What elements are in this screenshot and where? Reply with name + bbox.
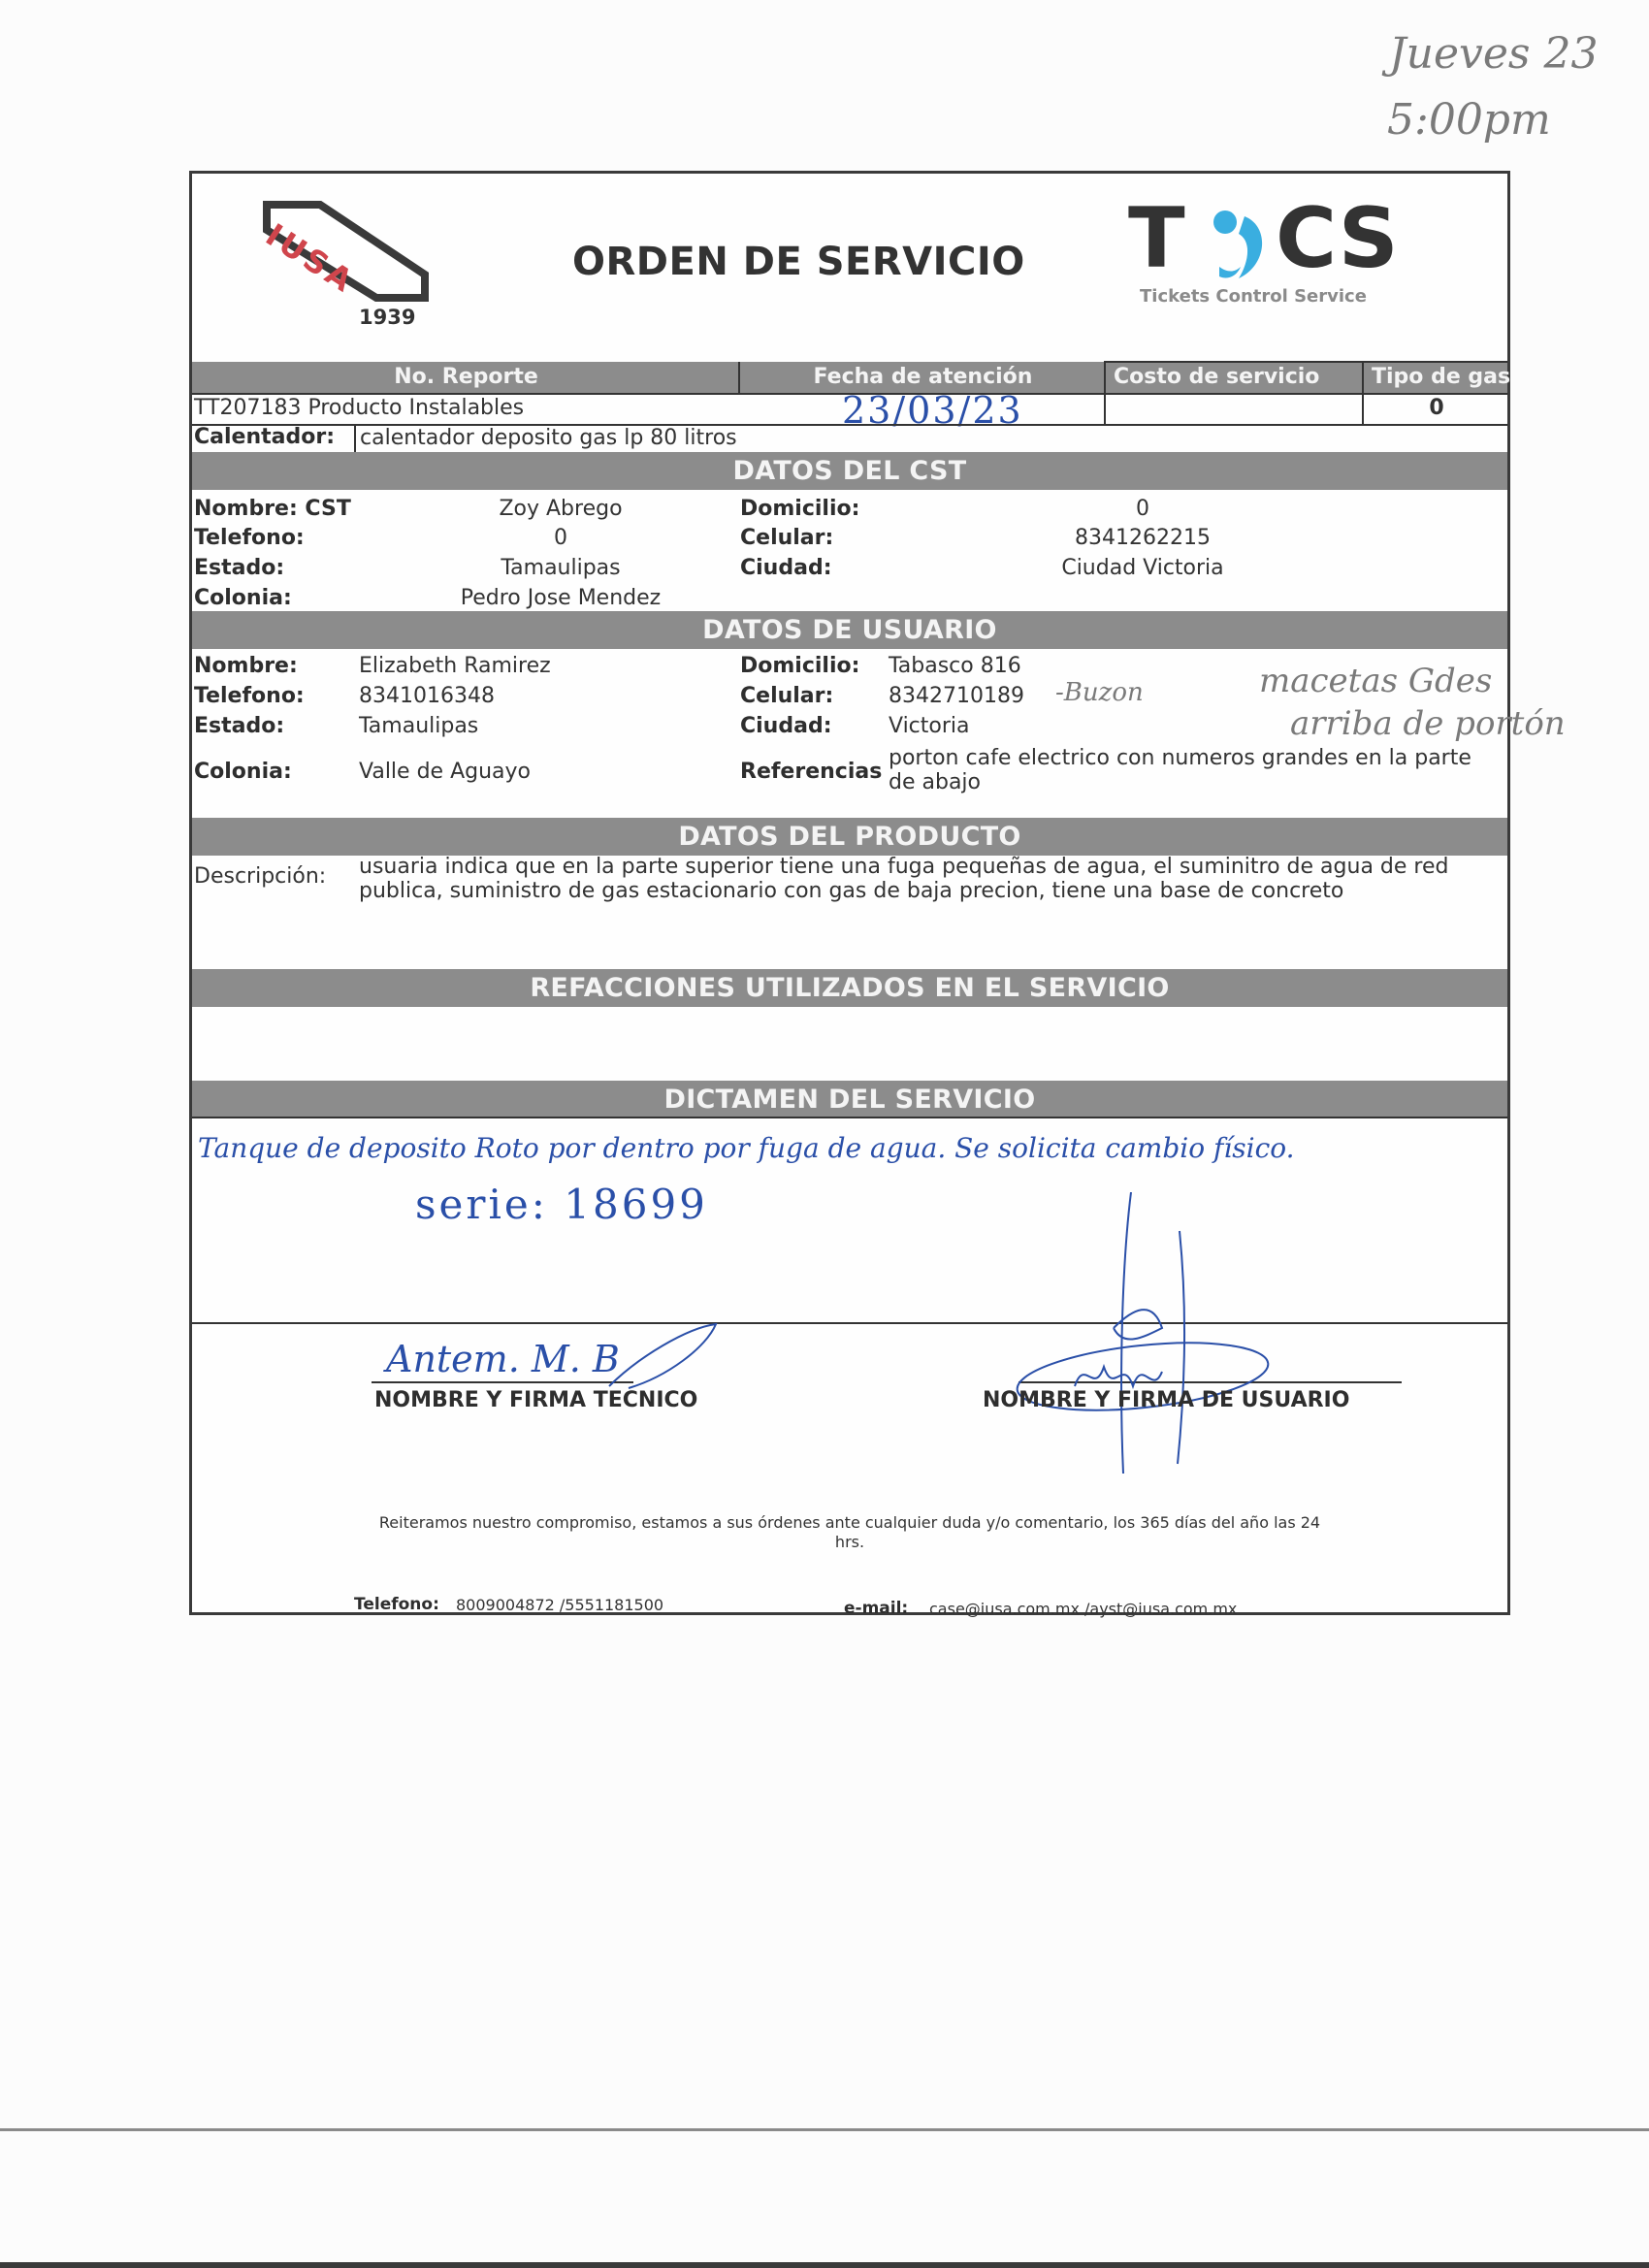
- tecnico-signature-flourish-icon: [599, 1318, 726, 1396]
- cst-colonia-label: Colonia:: [194, 586, 292, 610]
- usuario-celular-value: 8342710189: [889, 684, 1024, 708]
- col-header-fecha: Fecha de atención: [740, 365, 1106, 389]
- handwritten-day-note: Jueves 23: [1389, 29, 1598, 79]
- cst-domicilio-value: 0: [997, 497, 1288, 521]
- tecnico-signature-label: NOMBRE Y FIRMA TECNICO: [374, 1388, 697, 1412]
- usuario-nombre-label: Nombre:: [194, 654, 298, 678]
- section-header-usuario: DATOS DE USUARIO: [192, 611, 1507, 649]
- cst-ciudad-value: Ciudad Victoria: [997, 556, 1288, 580]
- handwritten-buzon-note: -Buzon: [1055, 678, 1144, 707]
- tipo-gas-value: 0: [1362, 396, 1511, 420]
- cst-celular-value: 8341262215: [997, 526, 1288, 550]
- calentador-value: calentador deposito gas lp 80 litros: [360, 426, 737, 450]
- usuario-colonia-label: Colonia:: [194, 760, 292, 784]
- tics-figure-icon: [1206, 209, 1272, 282]
- usuario-telefono-value: 8341016348: [359, 684, 495, 708]
- tics-logo: T CS Tickets Control Service: [1128, 203, 1419, 309]
- footer-telefono-label: Telefono:: [354, 1595, 439, 1614]
- usuario-ciudad-label: Ciudad:: [740, 714, 832, 738]
- usuario-signature-icon: [1007, 1192, 1278, 1474]
- usuario-referencias-line2: de abajo: [889, 770, 981, 794]
- signature-divider: [192, 1322, 1507, 1324]
- cst-telefono-value: 0: [425, 526, 696, 550]
- tics-logo-subtitle: Tickets Control Service: [1140, 286, 1367, 307]
- divider: [1104, 361, 1507, 363]
- col-header-costo: Costo de servicio: [1108, 365, 1370, 389]
- descripcion-line2: publica, suministro de gas estacionario …: [359, 879, 1343, 903]
- usuario-ciudad-value: Victoria: [889, 714, 970, 738]
- usuario-estado-value: Tamaulipas: [359, 714, 478, 738]
- divider: [738, 362, 740, 394]
- scanner-bottom-edge: [0, 2262, 1649, 2268]
- handwritten-time-note: 5:00pm: [1387, 95, 1551, 145]
- usuario-domicilio-value: Tabasco 816: [889, 654, 1021, 678]
- usuario-domicilio-label: Domicilio:: [740, 654, 859, 678]
- handwritten-porton-note: arriba de portón: [1290, 704, 1566, 743]
- no-reporte-value: TT207183 Producto Instalables: [194, 396, 524, 420]
- page-edge-line: [0, 2128, 1649, 2131]
- descripcion-label: Descripción:: [194, 864, 326, 889]
- iusa-year: 1939: [359, 306, 415, 329]
- divider: [354, 424, 356, 452]
- section-header-refacciones: REFACCIONES UTILIZADOS EN EL SERVICIO: [192, 969, 1507, 1007]
- cst-domicilio-label: Domicilio:: [740, 497, 859, 521]
- footer-email-value: case@iusa.com.mx /ayst@iusa.com.mx: [929, 1600, 1237, 1618]
- cst-ciudad-label: Ciudad:: [740, 556, 832, 580]
- usuario-referencias-line1: porton cafe electrico con numeros grande…: [889, 746, 1471, 770]
- compromiso-text-line1: Reiteramos nuestro compromiso, estamos a…: [192, 1513, 1507, 1532]
- compromiso-text-line2: hrs.: [192, 1533, 1507, 1551]
- cst-telefono-label: Telefono:: [194, 526, 305, 550]
- handwritten-macetas-note: macetas Gdes: [1259, 662, 1492, 700]
- dictamen-handwritten-text: Tanque de deposito Roto por dentro por f…: [198, 1132, 1295, 1164]
- usuario-celular-label: Celular:: [740, 684, 833, 708]
- service-order-form: IUSA 1939 ORDEN DE SERVICIO T CS Tickets…: [189, 171, 1510, 1615]
- section-header-producto: DATOS DEL PRODUCTO: [192, 818, 1507, 856]
- tecnico-signature-line: [372, 1381, 633, 1383]
- col-header-tipo-gas: Tipo de gas: [1366, 365, 1517, 389]
- section-header-dictamen: DICTAMEN DEL SERVICIO: [192, 1081, 1507, 1118]
- cst-colonia-value: Pedro Jose Mendez: [425, 586, 696, 610]
- tics-logo-cs: CS: [1276, 195, 1399, 282]
- usuario-colonia-value: Valle de Aguayo: [359, 760, 531, 784]
- usuario-signature-label: NOMBRE Y FIRMA DE USUARIO: [983, 1388, 1349, 1412]
- cst-estado-label: Estado:: [194, 556, 284, 580]
- descripcion-line1: usuaria indica que en la parte superior …: [359, 855, 1448, 879]
- section-header-cst: DATOS DEL CST: [192, 452, 1507, 490]
- calentador-label: Calentador:: [194, 425, 335, 449]
- iusa-logo: IUSA 1939: [262, 201, 432, 332]
- usuario-telefono-label: Telefono:: [194, 684, 305, 708]
- dictamen-handwritten-serie: serie: 18699: [415, 1181, 708, 1228]
- footer-email-label: e-mail:: [844, 1599, 908, 1618]
- cst-nombre-value: Zoy Abrego: [425, 497, 696, 521]
- cst-estado-value: Tamaulipas: [425, 556, 696, 580]
- usuario-estado-label: Estado:: [194, 714, 284, 738]
- usuario-nombre-value: Elizabeth Ramirez: [359, 654, 551, 678]
- col-header-no-reporte: No. Reporte: [192, 365, 740, 389]
- cst-nombre-label: Nombre: CST: [194, 497, 351, 521]
- usuario-referencias-label: Referencias: [740, 760, 882, 784]
- tics-logo-t: T: [1128, 195, 1185, 282]
- cst-celular-label: Celular:: [740, 526, 833, 550]
- tecnico-signature: Antem. M. B: [386, 1338, 620, 1380]
- page-title: ORDEN DE SERVICIO: [572, 240, 1025, 284]
- footer-telefono-value: 8009004872 /5551181500: [456, 1596, 663, 1614]
